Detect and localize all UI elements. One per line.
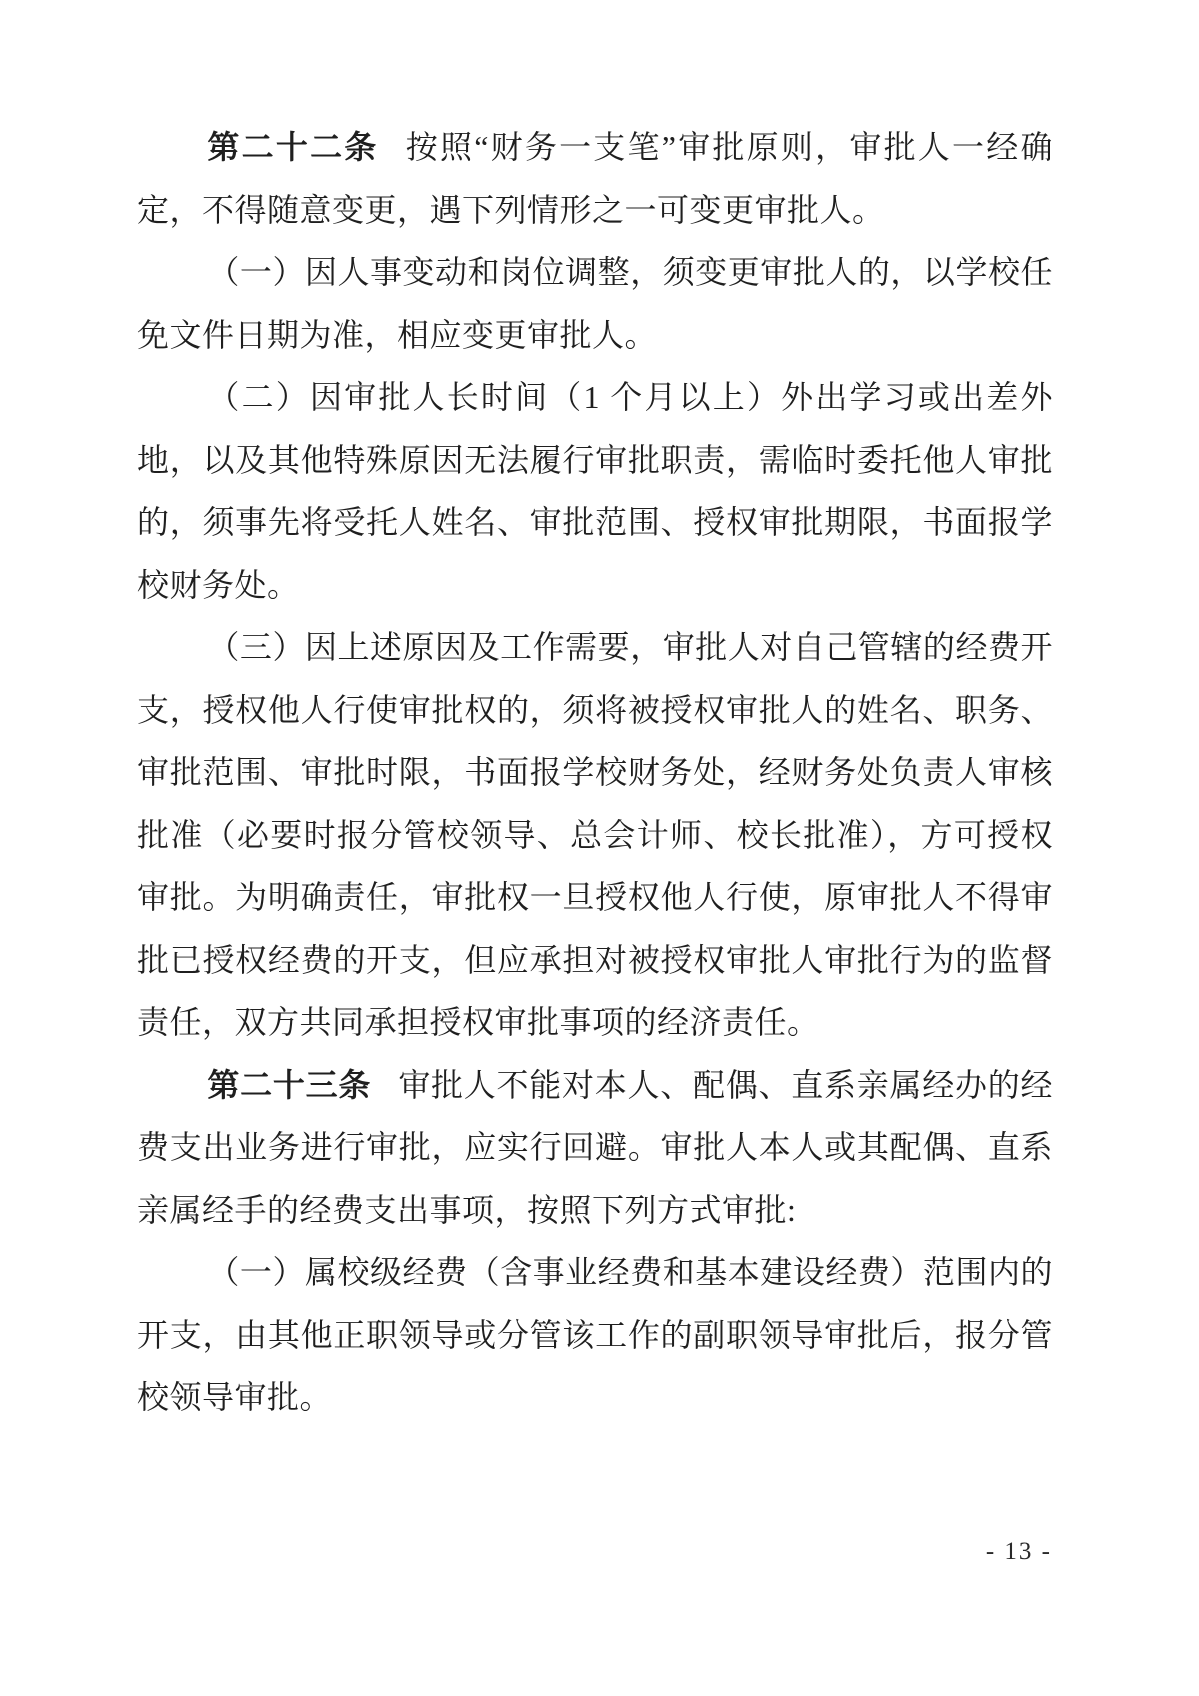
document-page: 第二十二条按照“财务一支笔”审批原则，审批人一经确定，不得随意变更，遇下列情形之… <box>0 0 1199 1696</box>
paragraph-item-1: （一）因人事变动和岗位调整，须变更审批人的，以学校任免文件日期为准，相应变更审批… <box>137 241 1053 366</box>
item-4-text: （一）属校级经费（含事业经费和基本建设经费）范围内的开支，由其他正职领导或分管该… <box>137 1254 1053 1415</box>
paragraph-item-4: （一）属校级经费（含事业经费和基本建设经费）范围内的开支，由其他正职领导或分管该… <box>137 1241 1053 1429</box>
article-22-number: 第二十二条 <box>207 129 378 165</box>
item-2-text: （二）因审批人长时间（1 个月以上）外出学习或出差外地，以及其他特殊原因无法履行… <box>137 379 1053 603</box>
paragraph-item-3: （三）因上述原因及工作需要，审批人对自己管辖的经费开支，授权他人行使审批权的，须… <box>137 616 1053 1054</box>
article-23-number: 第二十三条 <box>207 1067 371 1103</box>
item-1-text: （一）因人事变动和岗位调整，须变更审批人的，以学校任免文件日期为准，相应变更审批… <box>137 254 1053 353</box>
document-body: 第二十二条按照“财务一支笔”审批原则，审批人一经确定，不得随意变更，遇下列情形之… <box>137 116 1053 1429</box>
paragraph-article-22: 第二十二条按照“财务一支笔”审批原则，审批人一经确定，不得随意变更，遇下列情形之… <box>137 116 1053 241</box>
item-3-text: （三）因上述原因及工作需要，审批人对自己管辖的经费开支，授权他人行使审批权的，须… <box>137 629 1053 1040</box>
page-number: - 13 - <box>986 1537 1052 1567</box>
paragraph-item-2: （二）因审批人长时间（1 个月以上）外出学习或出差外地，以及其他特殊原因无法履行… <box>137 366 1053 616</box>
paragraph-article-23: 第二十三条审批人不能对本人、配偶、直系亲属经办的经费支出业务进行审批，应实行回避… <box>137 1054 1053 1242</box>
